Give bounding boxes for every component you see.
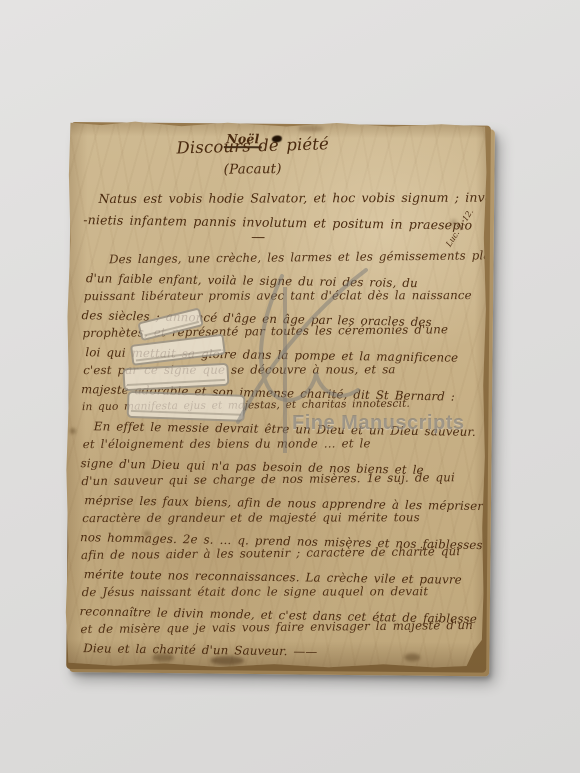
manuscript-line: c'est par ce signe que se découvre à nou… xyxy=(83,360,477,380)
epigraph-line: -nietis infantem pannis involutum et pos… xyxy=(83,209,477,235)
manuscript-author: (Pacaut) xyxy=(84,160,422,180)
manuscript-line: Des langes, une crèche, les larmes et le… xyxy=(109,246,477,268)
stain xyxy=(70,428,76,434)
manuscript-line: Dieu et la charité d'un Sauveur. —— xyxy=(83,639,477,663)
manuscript-line: de Jésus naissant était donc le signe au… xyxy=(82,582,476,602)
manuscript-line: afin de nous aider à les soutenir ; cara… xyxy=(81,542,475,565)
latin-epigraph: Natus est vobis hodie Salvator, et hoc v… xyxy=(83,188,477,248)
stain xyxy=(298,126,324,132)
manuscript-line: d'un sauveur qui se charge de nos misère… xyxy=(81,468,475,491)
manuscript-line: caractère de grandeur et de majesté qui … xyxy=(82,508,476,528)
body-lines: Des langes, une crèche, les larmes et le… xyxy=(80,250,477,660)
manuscript-page: Noël Discours de piété (Pacaut) Natus es… xyxy=(64,120,488,670)
manuscript-line: in quo manifesta ejus et majestas, et ch… xyxy=(82,394,476,417)
epigraph-line: Natus est vobis hodie Salvator, et hoc v… xyxy=(83,187,477,209)
epigraph-line-text: -nietis infantem pannis involutum et pos… xyxy=(83,212,472,232)
manuscript-header: Noël Discours de piété (Pacaut) xyxy=(84,127,478,182)
manuscript-line: et de misère que je vais vous faire envi… xyxy=(80,616,474,639)
manuscript-line: prophètes, et représenté par toutes les … xyxy=(82,320,476,343)
manuscript-line: puissant libérateur promis avec tant d'é… xyxy=(84,286,478,306)
photo-stage: Noël Discours de piété (Pacaut) Natus es… xyxy=(0,0,580,773)
manuscript-line: et l'éloignement des biens du monde … et… xyxy=(83,434,477,454)
